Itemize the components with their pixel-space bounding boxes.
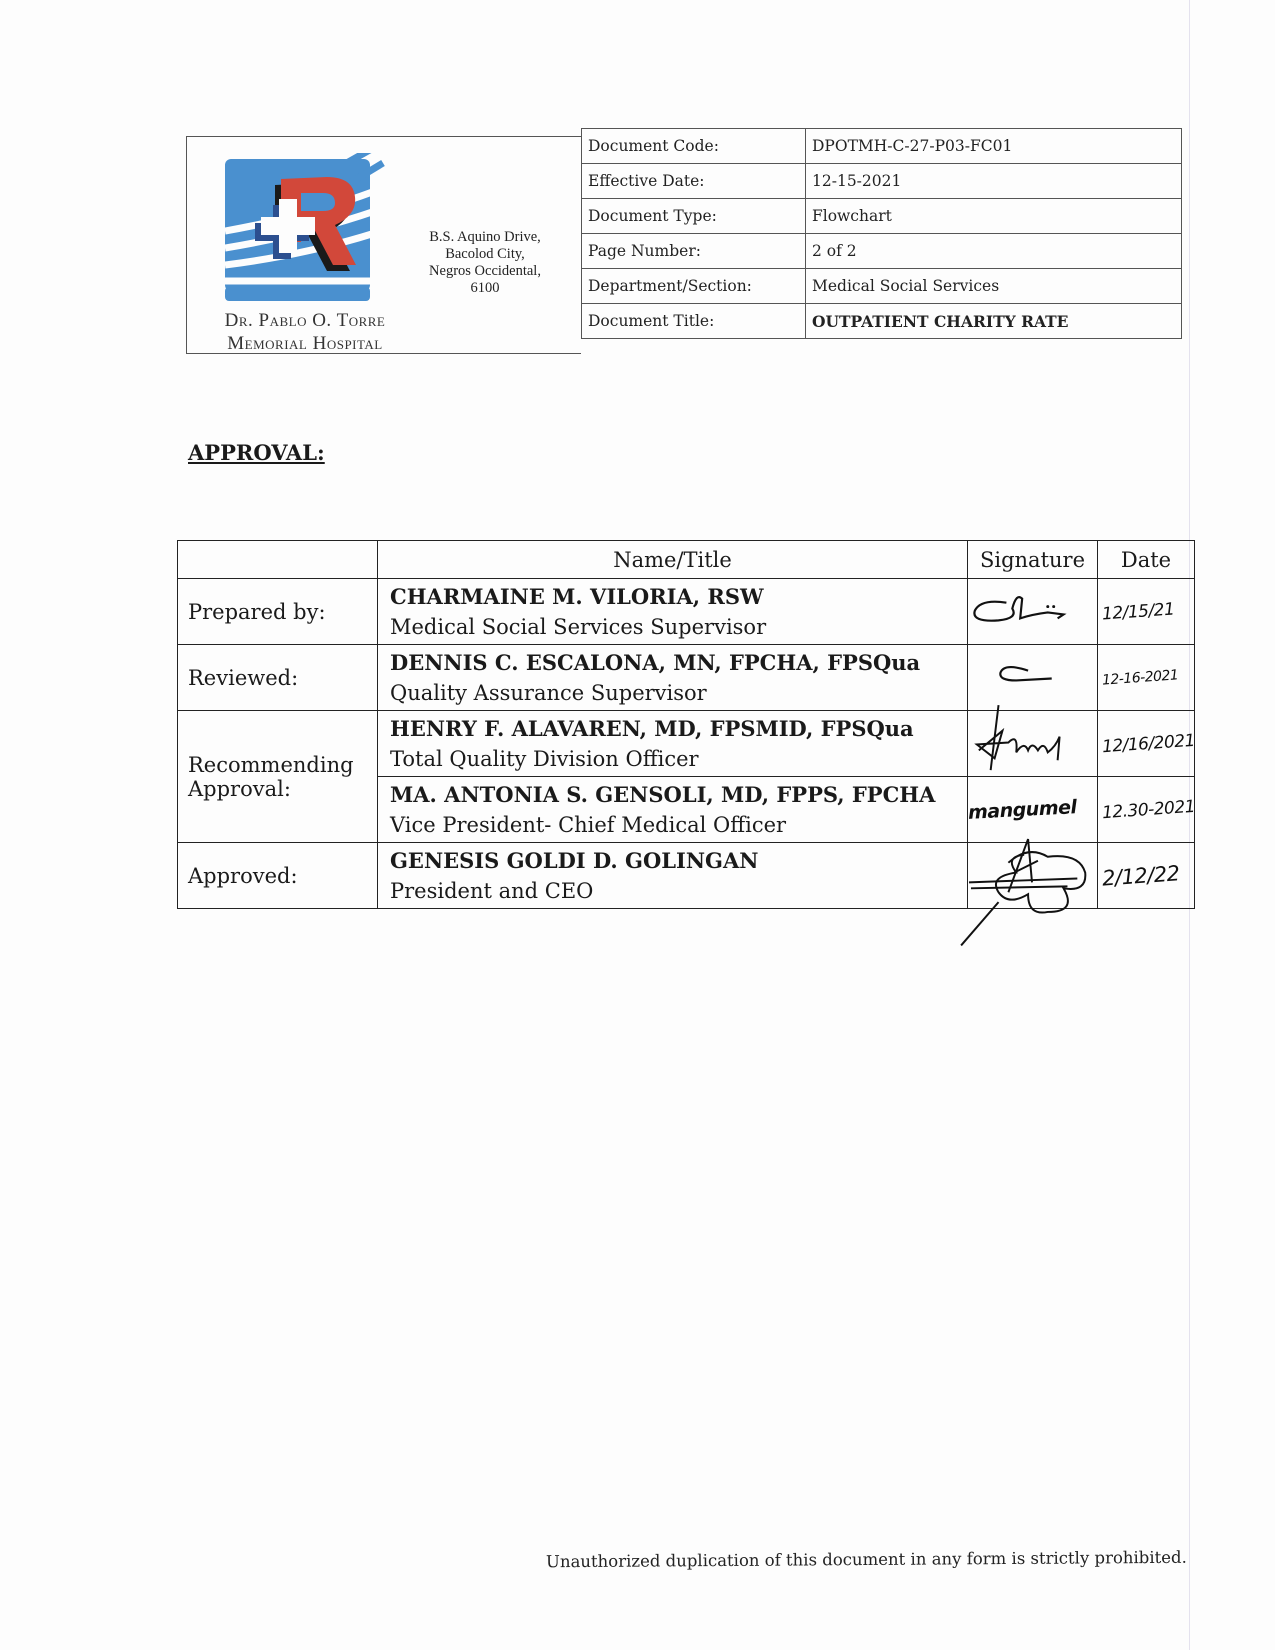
name-title-cell: MA. ANTONIA S. GENSOLI, MD, FPPS, FPCHA … — [378, 777, 968, 843]
meta-value: 2 of 2 — [806, 234, 1182, 269]
signatory-name: DENNIS C. ESCALONA, MN, FPCHA, FPSQua — [390, 648, 955, 678]
signature-cell — [968, 711, 1098, 777]
table-row: Prepared by: CHARMAINE M. VILORIA, RSW M… — [178, 579, 1195, 645]
meta-label: Effective Date: — [582, 164, 806, 199]
meta-row-document-code: Document Code: DPOTMH-C-27-P03-FC01 — [582, 129, 1182, 164]
signatory-title: Total Quality Division Officer — [390, 744, 955, 774]
table-row: Recommending Approval: HENRY F. ALAVAREN… — [178, 711, 1195, 777]
name-title-cell: CHARMAINE M. VILORIA, RSW Medical Social… — [378, 579, 968, 645]
signed-date: 12/15/21 — [1101, 599, 1175, 624]
meta-value: Medical Social Services — [806, 269, 1182, 304]
meta-value: DPOTMH-C-27-P03-FC01 — [806, 129, 1182, 164]
hospital-address: B.S. Aquino Drive, Bacolod City, Negros … — [411, 229, 559, 297]
signatory-name: MA. ANTONIA S. GENSOLI, MD, FPPS, FPCHA — [390, 780, 955, 810]
column-header-signature: Signature — [968, 541, 1098, 579]
role-label: Reviewed: — [178, 645, 378, 711]
signatory-title: Vice President- Chief Medical Officer — [390, 810, 955, 840]
date-cell: 12-16-2021 — [1098, 645, 1195, 711]
signatory-title: President and CEO — [390, 876, 955, 906]
meta-label: Document Title: — [582, 304, 806, 339]
name-title-cell: DENNIS C. ESCALONA, MN, FPCHA, FPSQua Qu… — [378, 645, 968, 711]
table-row: Reviewed: DENNIS C. ESCALONA, MN, FPCHA,… — [178, 645, 1195, 711]
signature-mark-icon — [968, 843, 1098, 908]
hospital-name-line1: Dr. Pablo O. Torre — [187, 309, 423, 332]
signatory-name: HENRY F. ALAVAREN, MD, FPSMID, FPSQua — [390, 714, 955, 744]
column-header-role — [178, 541, 378, 579]
footer-notice: Unauthorized duplication of this documen… — [546, 1548, 1187, 1571]
meta-value: OUTPATIENT CHARITY RATE — [806, 304, 1182, 339]
signature-cell — [968, 579, 1098, 645]
meta-label: Document Code: — [582, 129, 806, 164]
role-label: Approved: — [178, 843, 378, 909]
meta-row-document-title: Document Title: OUTPATIENT CHARITY RATE — [582, 304, 1182, 339]
signature-cell — [968, 645, 1098, 711]
name-title-cell: HENRY F. ALAVAREN, MD, FPSMID, FPSQua To… — [378, 711, 968, 777]
date-cell: 12/15/21 — [1098, 579, 1195, 645]
hospital-name-line2: Memorial Hospital — [187, 332, 423, 355]
meta-row-page-number: Page Number: 2 of 2 — [582, 234, 1182, 269]
meta-row-effective-date: Effective Date: 12-15-2021 — [582, 164, 1182, 199]
meta-label: Page Number: — [582, 234, 806, 269]
logo-cell: Dr. Pablo O. Torre Memorial Hospital B.S… — [186, 136, 581, 354]
address-line: 6100 — [411, 280, 559, 297]
signature-cell: mangumel — [968, 777, 1098, 843]
hospital-logo-icon — [225, 153, 385, 303]
signed-date: 2/12/22 — [1101, 861, 1180, 890]
hospital-name: Dr. Pablo O. Torre Memorial Hospital — [187, 309, 423, 355]
signature-cell — [968, 843, 1098, 909]
role-label: Prepared by: — [178, 579, 378, 645]
signatory-name: GENESIS GOLDI D. GOLINGAN — [390, 846, 955, 876]
role-label: Recommending Approval: — [178, 711, 378, 843]
signatory-name: CHARMAINE M. VILORIA, RSW — [390, 582, 955, 612]
meta-value: 12-15-2021 — [806, 164, 1182, 199]
meta-value: Flowchart — [806, 199, 1182, 234]
signature-mark-icon — [968, 579, 1098, 644]
approval-table: Name/Title Signature Date Prepared by: C… — [177, 540, 1195, 909]
address-line: Bacolod City, — [411, 246, 559, 263]
column-header-date: Date — [1098, 541, 1195, 579]
approval-header-row: Name/Title Signature Date — [178, 541, 1195, 579]
date-cell: 12/16/2021 — [1098, 711, 1195, 777]
meta-label: Department/Section: — [582, 269, 806, 304]
meta-label: Document Type: — [582, 199, 806, 234]
signed-date: 12-16-2021 — [1102, 667, 1179, 688]
address-line: B.S. Aquino Drive, — [411, 229, 559, 246]
meta-row-department: Department/Section: Medical Social Servi… — [582, 269, 1182, 304]
approval-heading: APPROVAL: — [188, 440, 325, 465]
signed-date: 12.30-2021 — [1101, 796, 1195, 822]
signatory-title: Quality Assurance Supervisor — [390, 678, 955, 708]
address-line: Negros Occidental, — [411, 263, 559, 280]
document-header: Dr. Pablo O. Torre Memorial Hospital B.S… — [186, 128, 1186, 354]
signatory-title: Medical Social Services Supervisor — [390, 612, 955, 642]
signature-mark-icon — [968, 645, 1098, 710]
table-row: Approved: GENESIS GOLDI D. GOLINGAN Pres… — [178, 843, 1195, 909]
meta-row-document-type: Document Type: Flowchart — [582, 199, 1182, 234]
document-meta-table: Document Code: DPOTMH-C-27-P03-FC01 Effe… — [581, 128, 1182, 339]
column-header-name-title: Name/Title — [378, 541, 968, 579]
signed-date: 12/16/2021 — [1101, 730, 1195, 756]
name-title-cell: GENESIS GOLDI D. GOLINGAN President and … — [378, 843, 968, 909]
signature-handwriting: mangumel — [967, 796, 1076, 824]
date-cell: 12.30-2021 — [1098, 777, 1195, 843]
signature-mark-icon — [968, 711, 1098, 776]
date-cell: 2/12/22 — [1098, 843, 1195, 909]
